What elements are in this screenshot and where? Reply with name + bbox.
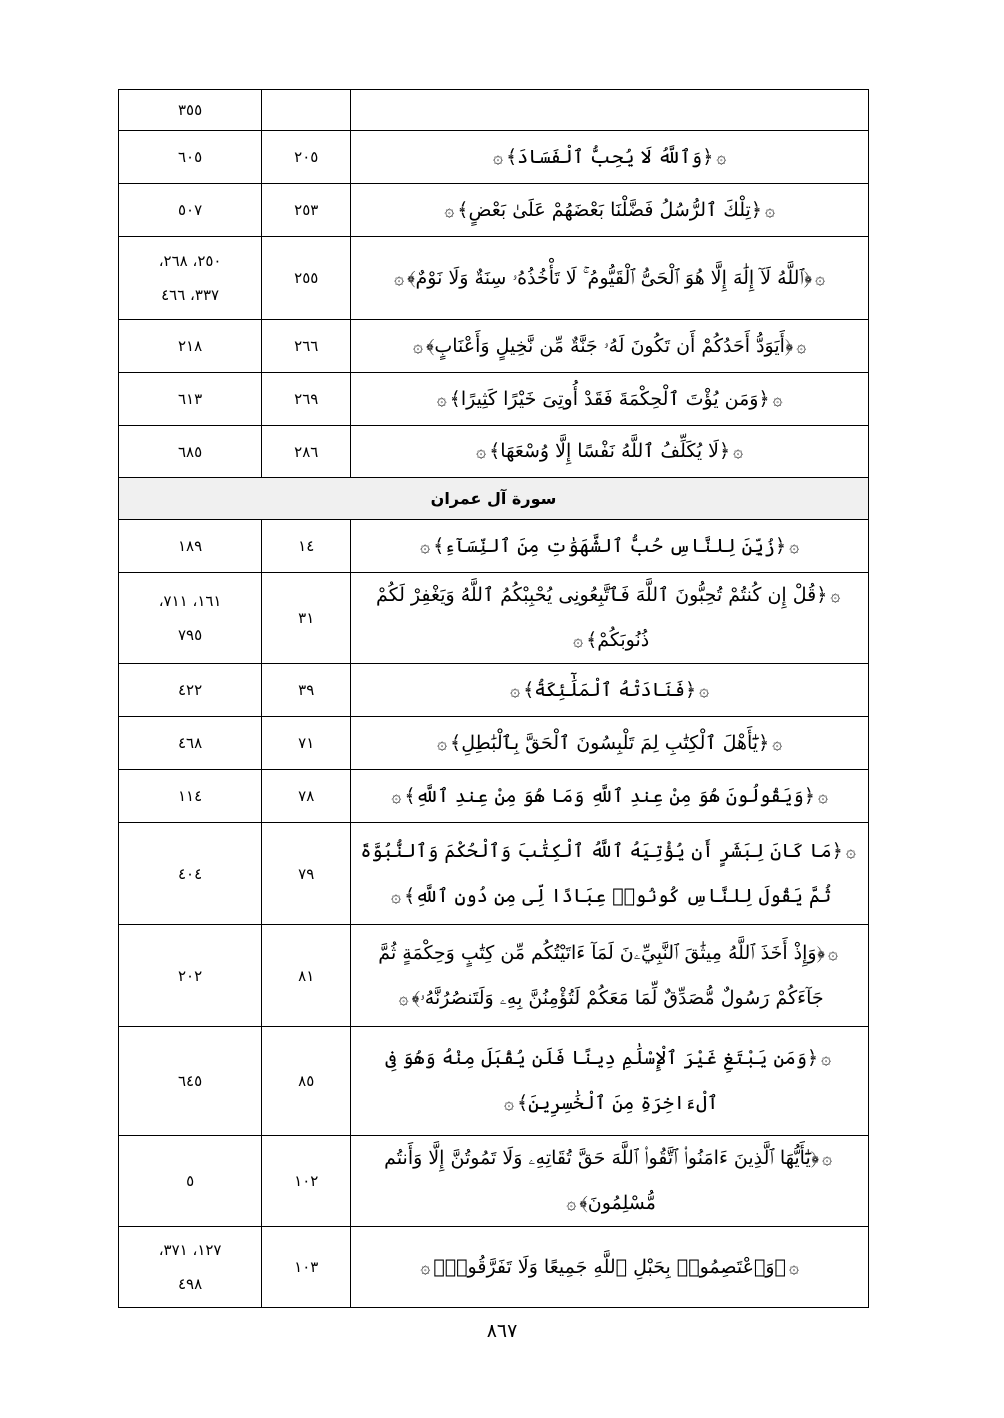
verse-text-cell: ۞﴿وَمَن يَبْتَغِ غَيْرَ ٱلْإِسْلَٰمِ دِي… — [351, 1027, 869, 1136]
open-bracket-icon: ﴿ — [775, 535, 786, 557]
verse-open-ornament-icon: ۞ — [828, 944, 838, 964]
page-refs-cell: ٦١٣ — [119, 373, 262, 426]
page-ref-line: ١٢٧، ٣٧١، — [119, 1233, 261, 1267]
verse-text: لَا يُكَلِّفُ ٱللَّهُ نَفْسًا إِلَّا وُس… — [500, 440, 719, 462]
open-bracket-icon: ﴿ — [702, 146, 713, 168]
ayah-number-cell: ٢٥٣ — [262, 184, 351, 237]
page-ref-line: ٢٥٠، ٢٦٨، — [119, 244, 261, 278]
table-row: ٦٤٥٨٥۞﴿وَمَن يَبْتَغِ غَيْرَ ٱلْإِسْلَٰم… — [119, 1027, 869, 1136]
verse-open-ornament-icon: ۞ — [821, 1049, 831, 1069]
page-ref-line: ٤٠٤ — [119, 857, 261, 891]
close-bracket-icon: ﴾ — [506, 146, 517, 168]
verse-close-ornament-icon: ۞ — [444, 201, 454, 221]
page-ref-line: ٣٥٥ — [119, 93, 261, 127]
page-refs-cell: ٢٠٢ — [119, 925, 262, 1027]
verse-text-cell — [351, 90, 869, 131]
verse-open-ornament-icon: ۞ — [789, 537, 799, 557]
verse-text-cell: ۞﴿أَيَوَدُّ أَحَدُكُمْ أَن تَكُونَ لَهُۥ… — [351, 320, 869, 373]
ayah-number-cell: ٢٨٦ — [262, 426, 351, 478]
page-ref-line: ٦١٣ — [119, 382, 261, 416]
page-ref-line: ١٨٩ — [119, 529, 261, 563]
verse-text: وَيَقُولُونَ هُوَ مِنْ عِندِ ٱللَّهِ وَم… — [415, 785, 803, 807]
open-bracket-icon: ﴿ — [804, 267, 812, 289]
verse-open-ornament-icon: ۞ — [733, 442, 743, 462]
ayah-number-cell: ١٠٢ — [262, 1136, 351, 1227]
page-refs-cell: ٣٥٥ — [119, 90, 262, 131]
ayah-number-cell: ١٠٣ — [262, 1227, 351, 1308]
close-bracket-icon: ﴾ — [523, 679, 534, 701]
verse-open-ornament-icon: ۞ — [830, 586, 840, 606]
verse-open-ornament-icon: ۞ — [846, 842, 856, 862]
table-row: ٢١٨٢٦٦۞﴿أَيَوَدُّ أَحَدُكُمْ أَن تَكُونَ… — [119, 320, 869, 373]
verse-text: وَٱعْتَصِمُوا۟ بِحَبْلِ ٱللَّهِ جَمِيعًا… — [445, 1256, 775, 1278]
page-refs-cell: ١١٤ — [119, 770, 262, 823]
page-ref-line: ٥ — [119, 1164, 261, 1198]
verse-close-ornament-icon: ۞ — [420, 537, 430, 557]
close-bracket-icon: ﴾ — [433, 535, 444, 557]
verse-text: مَا كَانَ لِبَشَرٍ أَن يُؤْتِيَهُ ٱللَّه… — [360, 840, 831, 907]
page-refs-cell: ٢١٨ — [119, 320, 262, 373]
verse-open-ornament-icon: ۞ — [796, 337, 806, 357]
ayah-number-cell: ٧١ — [262, 717, 351, 770]
open-bracket-icon: ﴿ — [685, 679, 696, 701]
verse-text-cell: ۞﴿يَٰٓأَهْلَ ٱلْكِتَٰبِ لِمَ تَلْبِسُونَ… — [351, 717, 869, 770]
ayah-number-cell: ٢٦٦ — [262, 320, 351, 373]
verse-close-ornament-icon: ۞ — [573, 631, 583, 651]
verse-text-cell: ۞﴿ٱللَّهُ لَآ إِلَٰهَ إِلَّا هُوَ ٱلْحَى… — [351, 237, 869, 320]
page-refs-cell: ٤٢٢ — [119, 664, 262, 717]
verse-close-ornament-icon: ۞ — [437, 734, 447, 754]
table-row: ٦٠٥٢٠٥۞﴿وَٱللَّهُ لَا يُحِبُّ ٱلْفَسَادَ… — [119, 131, 869, 184]
verse-text: ٱللَّهُ لَآ إِلَٰهَ إِلَّا هُوَ ٱلْحَىُّ… — [416, 267, 804, 289]
open-bracket-icon: ﴿ — [758, 732, 769, 754]
ayah-number-cell: ٢٠٥ — [262, 131, 351, 184]
verse-close-ornament-icon: ۞ — [476, 442, 486, 462]
table-row: ٤٦٨٧١۞﴿يَٰٓأَهْلَ ٱلْكِتَٰبِ لِمَ تَلْبِ… — [119, 717, 869, 770]
verse-close-ornament-icon: ۞ — [413, 337, 423, 357]
verse-open-ornament-icon: ۞ — [716, 148, 726, 168]
verse-text-cell: ۞﴿قُلْ إِن كُنتُمْ تُحِبُّونَ ٱللَّهَ فَ… — [351, 573, 869, 664]
verse-close-ornament-icon: ۞ — [504, 1094, 514, 1114]
open-bracket-icon: ﴿ — [804, 785, 815, 807]
ayah-number-cell: ٧٩ — [262, 823, 351, 925]
verse-text-cell: ۞﴿مَا كَانَ لِبَشَرٍ أَن يُؤْتِيَهُ ٱللَ… — [351, 823, 869, 925]
verse-text: فَنَادَتْهُ ٱلْمَلَٰٓئِكَةُ — [534, 679, 685, 701]
table-row: ٣٥٥ — [119, 90, 869, 131]
verse-text-cell: ۞﴿وَٱللَّهُ لَا يُحِبُّ ٱلْفَسَادَ﴾۞ — [351, 131, 869, 184]
ayah-number-cell: ٨٥ — [262, 1027, 351, 1136]
verse-text-cell: ۞﴿زُيِّنَ لِلنَّاسِ حُبُّ ٱلشَّهَوَٰتِ م… — [351, 520, 869, 573]
table-row: ٤٠٤٧٩۞﴿مَا كَانَ لِبَشَرٍ أَن يُؤْتِيَهُ… — [119, 823, 869, 925]
close-bracket-icon: ﴾ — [407, 267, 415, 289]
open-bracket-icon: ﴿ — [832, 840, 843, 862]
page-ref-line: ٦٠٥ — [119, 140, 261, 174]
page-ref-line: ٢١٨ — [119, 329, 261, 363]
verse-text-cell: ۞﴿وَإِذْ أَخَذَ ٱللَّهُ مِيثَٰقَ ٱلنَّبِ… — [351, 925, 869, 1027]
table-row: ٦١٣٢٦٩۞﴿وَمَن يُؤْتَ ٱلْحِكْمَةَ فَقَدْ … — [119, 373, 869, 426]
open-bracket-icon: ﴿ — [811, 1147, 819, 1169]
page-ref-line: ٦٨٥ — [119, 435, 261, 469]
page-refs-cell: ١٦١، ٧١١،٧٩٥ — [119, 573, 262, 664]
page-ref-line: ٥٠٧ — [119, 193, 261, 227]
close-bracket-icon: ﴾ — [450, 732, 461, 754]
verse-text-cell: ۞﴿فَنَادَتْهُ ٱلْمَلَٰٓئِكَةُ﴾۞ — [351, 664, 869, 717]
open-bracket-icon: ﴿ — [775, 1256, 786, 1278]
table-row: ٢٠٢٨١۞﴿وَإِذْ أَخَذَ ٱللَّهُ مِيثَٰقَ ٱل… — [119, 925, 869, 1027]
ayah-number-cell: ١٤ — [262, 520, 351, 573]
verse-open-ornament-icon: ۞ — [818, 787, 828, 807]
page-refs-cell: ٢٥٠، ٢٦٨،٣٣٧، ٤٦٦ — [119, 237, 262, 320]
page-ref-line: ٤٩٨ — [119, 1267, 261, 1301]
verse-close-ornament-icon: ۞ — [510, 681, 520, 701]
verse-text: وَمَن يَبْتَغِ غَيْرَ ٱلْإِسْلَٰمِ دِينً… — [385, 1047, 807, 1114]
page-ref-line: ٧٩٥ — [119, 618, 261, 652]
page-ref-line: ٦٤٥ — [119, 1064, 261, 1098]
open-bracket-icon: ﴿ — [807, 1047, 818, 1069]
verse-close-ornament-icon: ۞ — [493, 148, 503, 168]
table-row: ٦٨٥٢٨٦۞﴿لَا يُكَلِّفُ ٱللَّهُ نَفْسًا إِ… — [119, 426, 869, 478]
verse-text-cell: ۞﴿تِلْكَ ٱلرُّسُلُ فَضَّلْنَا بَعْضَهُمْ… — [351, 184, 869, 237]
ayah-number-cell — [262, 90, 351, 131]
verse-close-ornament-icon: ۞ — [391, 887, 401, 907]
verse-open-ornament-icon: ۞ — [772, 734, 782, 754]
ayah-number-cell: ٣١ — [262, 573, 351, 664]
verse-text: قُلْ إِن كُنتُمْ تُحِبُّونَ ٱللَّهَ فَٱت… — [376, 584, 816, 651]
table-row: ٥١٠٢۞﴿يَٰٓأَيُّهَا ٱلَّذِينَ ءَامَنُوا۟ … — [119, 1136, 869, 1227]
page-ref-line: ٤٢٢ — [119, 673, 261, 707]
verse-text-cell: ۞﴿يَٰٓأَيُّهَا ٱلَّذِينَ ءَامَنُوا۟ ٱتَّ… — [351, 1136, 869, 1227]
verse-text: وَمَن يُؤْتَ ٱلْحِكْمَةَ فَقَدْ أُوتِىَ … — [461, 388, 759, 410]
page-refs-cell: ٦٨٥ — [119, 426, 262, 478]
verse-text: تِلْكَ ٱلرُّسُلُ فَضَّلْنَا بَعْضَهُمْ ع… — [468, 199, 750, 221]
verse-open-ornament-icon: ۞ — [789, 1258, 799, 1278]
ayah-number-cell: ٢٦٩ — [262, 373, 351, 426]
page-refs-cell: ٥٠٧ — [119, 184, 262, 237]
ayah-number-cell: ٨١ — [262, 925, 351, 1027]
page-refs-cell: ١٢٧، ٣٧١،٤٩٨ — [119, 1227, 262, 1308]
open-bracket-icon: ﴿ — [785, 335, 793, 357]
verse-text-cell: ۞﴿وَيَقُولُونَ هُوَ مِنْ عِندِ ٱللَّهِ و… — [351, 770, 869, 823]
page-ref-line: ٤٦٨ — [119, 726, 261, 760]
close-bracket-icon: ﴾ — [579, 1192, 587, 1214]
surah-title: سورة آل عمران — [119, 478, 869, 520]
page-ref-line: ١١٤ — [119, 779, 261, 813]
verse-text: يَٰٓأَهْلَ ٱلْكِتَٰبِ لِمَ تَلْبِسُونَ ٱ… — [461, 732, 758, 754]
table-row: ١٦١، ٧١١،٧٩٥٣١۞﴿قُلْ إِن كُنتُمْ تُحِبُّ… — [119, 573, 869, 664]
verse-index-table: ٣٥٥٦٠٥٢٠٥۞﴿وَٱللَّهُ لَا يُحِبُّ ٱلْفَسَ… — [118, 89, 869, 1308]
verse-open-ornament-icon: ۞ — [765, 201, 775, 221]
verse-text: أَيَوَدُّ أَحَدُكُمْ أَن تَكُونَ لَهُۥ ج… — [434, 335, 785, 357]
page-refs-cell: ٤٠٤ — [119, 823, 262, 925]
table-row: ٥٠٧٢٥٣۞﴿تِلْكَ ٱلرُّسُلُ فَضَّلْنَا بَعْ… — [119, 184, 869, 237]
verse-close-ornament-icon: ۞ — [399, 989, 409, 1009]
verse-text: زُيِّنَ لِلنَّاسِ حُبُّ ٱلشَّهَوَٰتِ مِن… — [444, 535, 775, 557]
open-bracket-icon: ﴿ — [816, 584, 827, 606]
open-bracket-icon: ﴿ — [758, 388, 769, 410]
verse-close-ornament-icon: ۞ — [437, 390, 447, 410]
verse-open-ornament-icon: ۞ — [773, 390, 783, 410]
page-refs-cell: ٤٦٨ — [119, 717, 262, 770]
page-refs-cell: ٥ — [119, 1136, 262, 1227]
verse-close-ornament-icon: ۞ — [391, 787, 401, 807]
verse-close-ornament-icon: ۞ — [420, 1258, 430, 1278]
page-ref-line: ١٦١، ٧١١، — [119, 584, 261, 618]
verse-text: يَٰٓأَيُّهَا ٱلَّذِينَ ءَامَنُوا۟ ٱتَّقُ… — [384, 1147, 811, 1214]
close-bracket-icon: ﴾ — [457, 199, 468, 221]
verse-text-cell: ۞﴿وَٱعْتَصِمُوا۟ بِحَبْلِ ٱللَّهِ جَمِيع… — [351, 1227, 869, 1308]
verse-open-ornament-icon: ۞ — [822, 1149, 832, 1169]
close-bracket-icon: ﴾ — [450, 388, 461, 410]
table-row: ٤٢٢٣٩۞﴿فَنَادَتْهُ ٱلْمَلَٰٓئِكَةُ﴾۞ — [119, 664, 869, 717]
table-row: ١٢٧، ٣٧١،٤٩٨١٠٣۞﴿وَٱعْتَصِمُوا۟ بِحَبْلِ… — [119, 1227, 869, 1308]
ayah-number-cell: ٣٩ — [262, 664, 351, 717]
page-ref-line: ٢٠٢ — [119, 959, 261, 993]
page-refs-cell: ١٨٩ — [119, 520, 262, 573]
surah-header-row: سورة آل عمران — [119, 478, 869, 520]
close-bracket-icon: ﴾ — [404, 885, 415, 907]
open-bracket-icon: ﴿ — [817, 942, 825, 964]
verse-open-ornament-icon: ۞ — [699, 681, 709, 701]
ayah-number-cell: ٢٥٥ — [262, 237, 351, 320]
verse-open-ornament-icon: ۞ — [815, 269, 825, 289]
close-bracket-icon: ﴾ — [404, 785, 415, 807]
table-row: ٢٥٠، ٢٦٨،٣٣٧، ٤٦٦٢٥٥۞﴿ٱللَّهُ لَآ إِلَٰه… — [119, 237, 869, 320]
page-refs-cell: ٦٠٥ — [119, 131, 262, 184]
open-bracket-icon: ﴿ — [751, 199, 762, 221]
open-bracket-icon: ﴿ — [719, 440, 730, 462]
verse-text-cell: ۞﴿لَا يُكَلِّفُ ٱللَّهُ نَفْسًا إِلَّا و… — [351, 426, 869, 478]
close-bracket-icon: ﴾ — [517, 1092, 528, 1114]
close-bracket-icon: ﴾ — [586, 629, 597, 651]
table-row: ١٨٩١٤۞﴿زُيِّنَ لِلنَّاسِ حُبُّ ٱلشَّهَوَ… — [119, 520, 869, 573]
close-bracket-icon: ﴾ — [489, 440, 500, 462]
page-ref-line: ٣٣٧، ٤٦٦ — [119, 278, 261, 312]
verse-text: وَٱللَّهُ لَا يُحِبُّ ٱلْفَسَادَ — [517, 146, 702, 168]
close-bracket-icon: ﴾ — [433, 1256, 444, 1278]
verse-text: وَإِذْ أَخَذَ ٱللَّهُ مِيثَٰقَ ٱلنَّبِيِ… — [378, 942, 823, 1009]
close-bracket-icon: ﴾ — [412, 987, 420, 1009]
page-number: ٨٦٧ — [0, 1320, 1004, 1342]
verse-text-cell: ۞﴿وَمَن يُؤْتَ ٱلْحِكْمَةَ فَقَدْ أُوتِى… — [351, 373, 869, 426]
verse-index-body: ٣٥٥٦٠٥٢٠٥۞﴿وَٱللَّهُ لَا يُحِبُّ ٱلْفَسَ… — [119, 90, 869, 1308]
table-row: ١١٤٧٨۞﴿وَيَقُولُونَ هُوَ مِنْ عِندِ ٱللَ… — [119, 770, 869, 823]
verse-close-ornament-icon: ۞ — [566, 1194, 576, 1214]
verse-close-ornament-icon: ۞ — [394, 269, 404, 289]
page-refs-cell: ٦٤٥ — [119, 1027, 262, 1136]
ayah-number-cell: ٧٨ — [262, 770, 351, 823]
